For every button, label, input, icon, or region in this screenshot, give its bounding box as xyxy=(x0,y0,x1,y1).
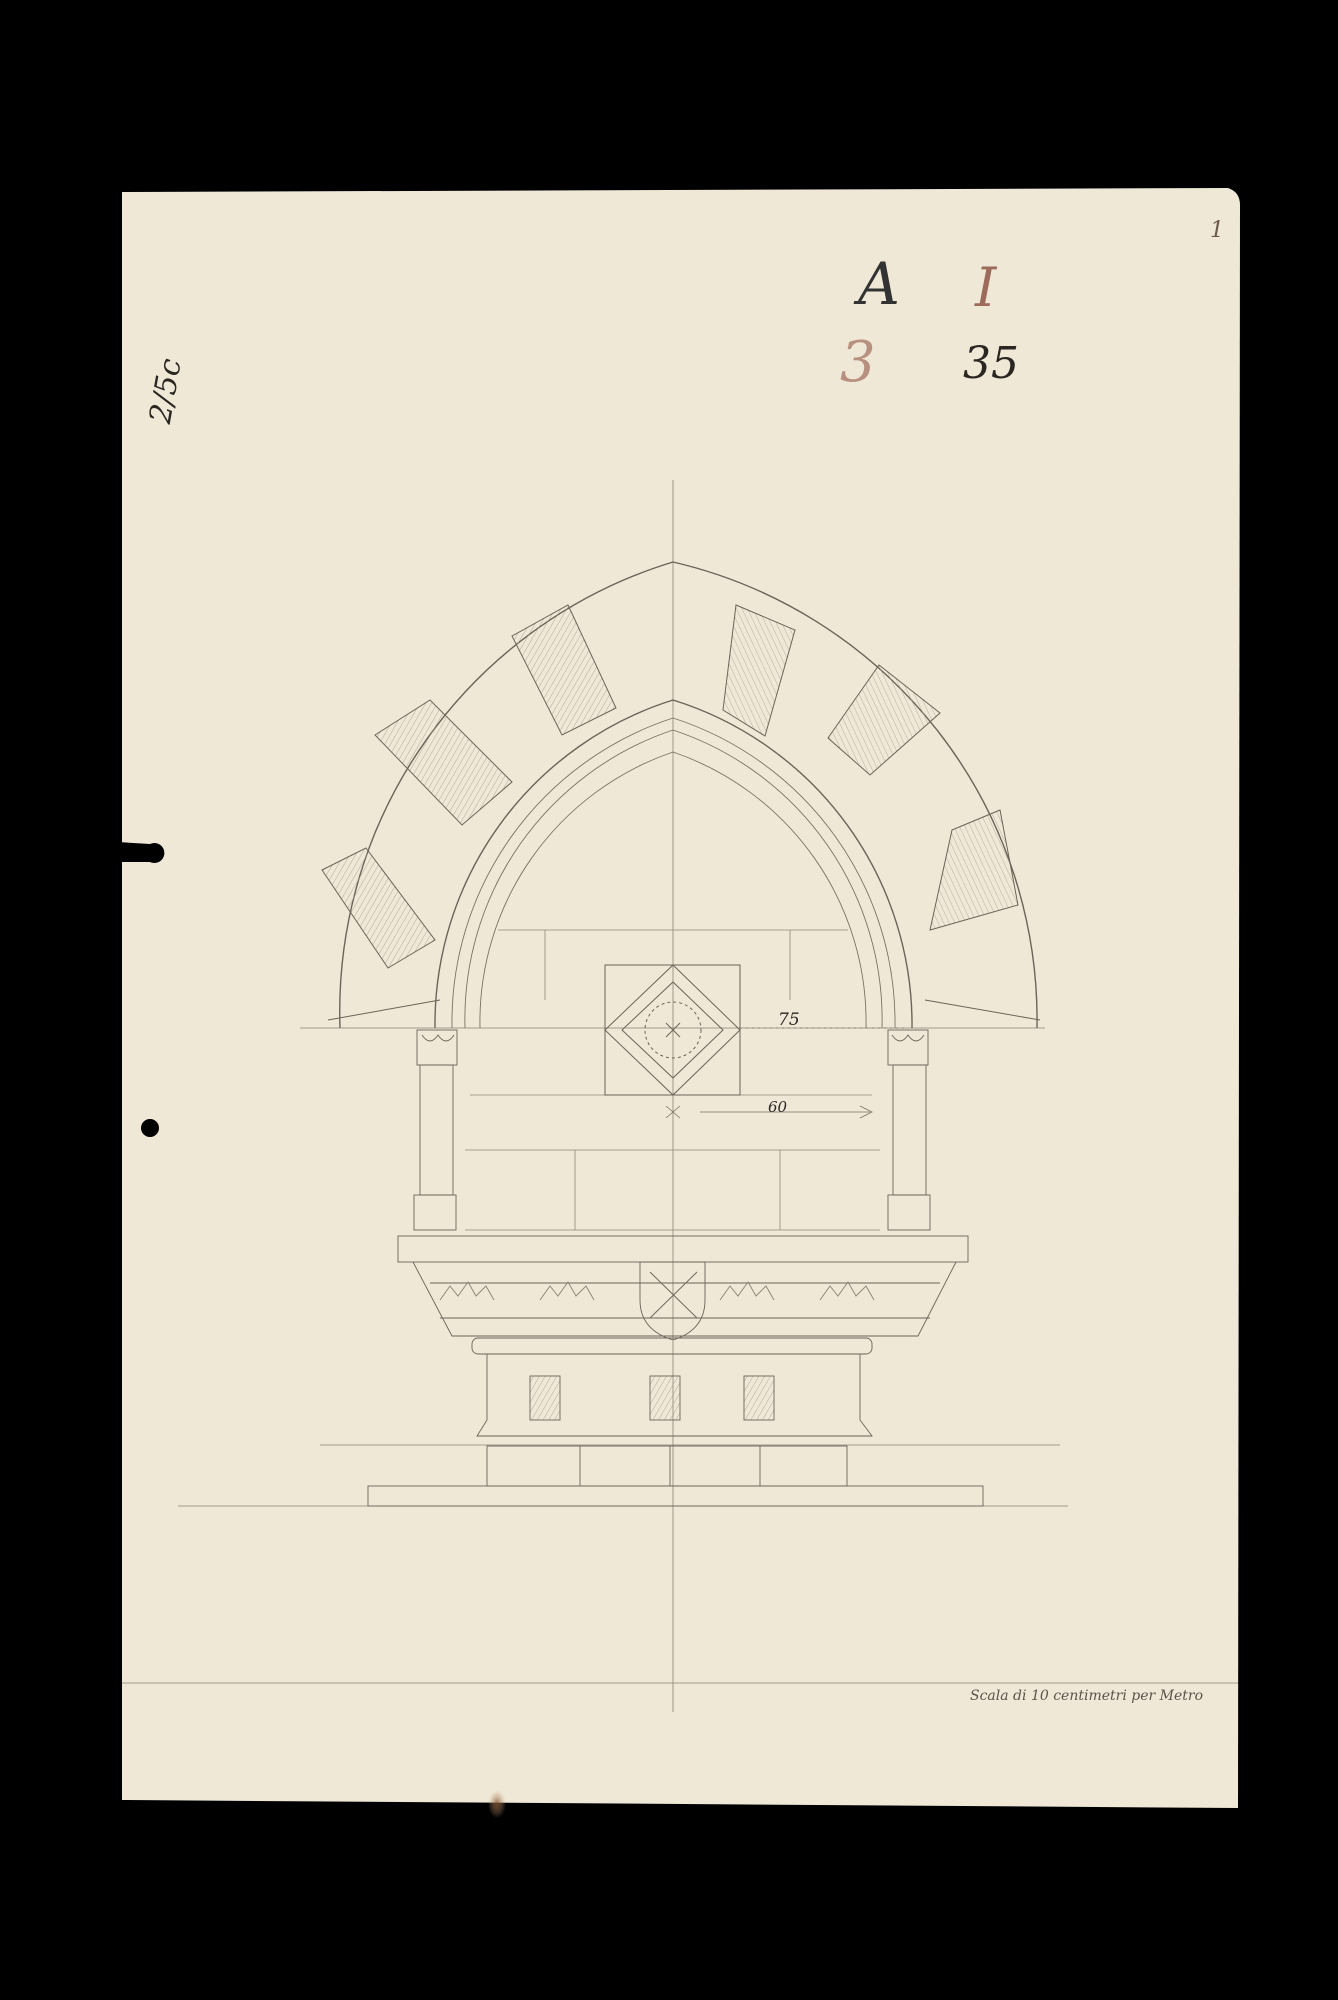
dimension-label-75: 75 xyxy=(778,1010,800,1030)
binding-hole xyxy=(141,1119,159,1137)
sheet-number-35: 35 xyxy=(963,338,1019,389)
corner-mark: 1 xyxy=(1210,218,1224,243)
paper-stain xyxy=(488,1790,506,1818)
sheet-number-3: 3 xyxy=(840,330,876,395)
scale-note: Scala di 10 centimetri per Metro xyxy=(970,1688,1203,1704)
sheet-roman-numeral: I xyxy=(975,256,996,319)
binding-notch xyxy=(118,842,164,863)
sheet-letter-a: A xyxy=(858,250,900,318)
dimension-label-60: 60 xyxy=(768,1098,787,1116)
paper xyxy=(122,188,1240,1808)
